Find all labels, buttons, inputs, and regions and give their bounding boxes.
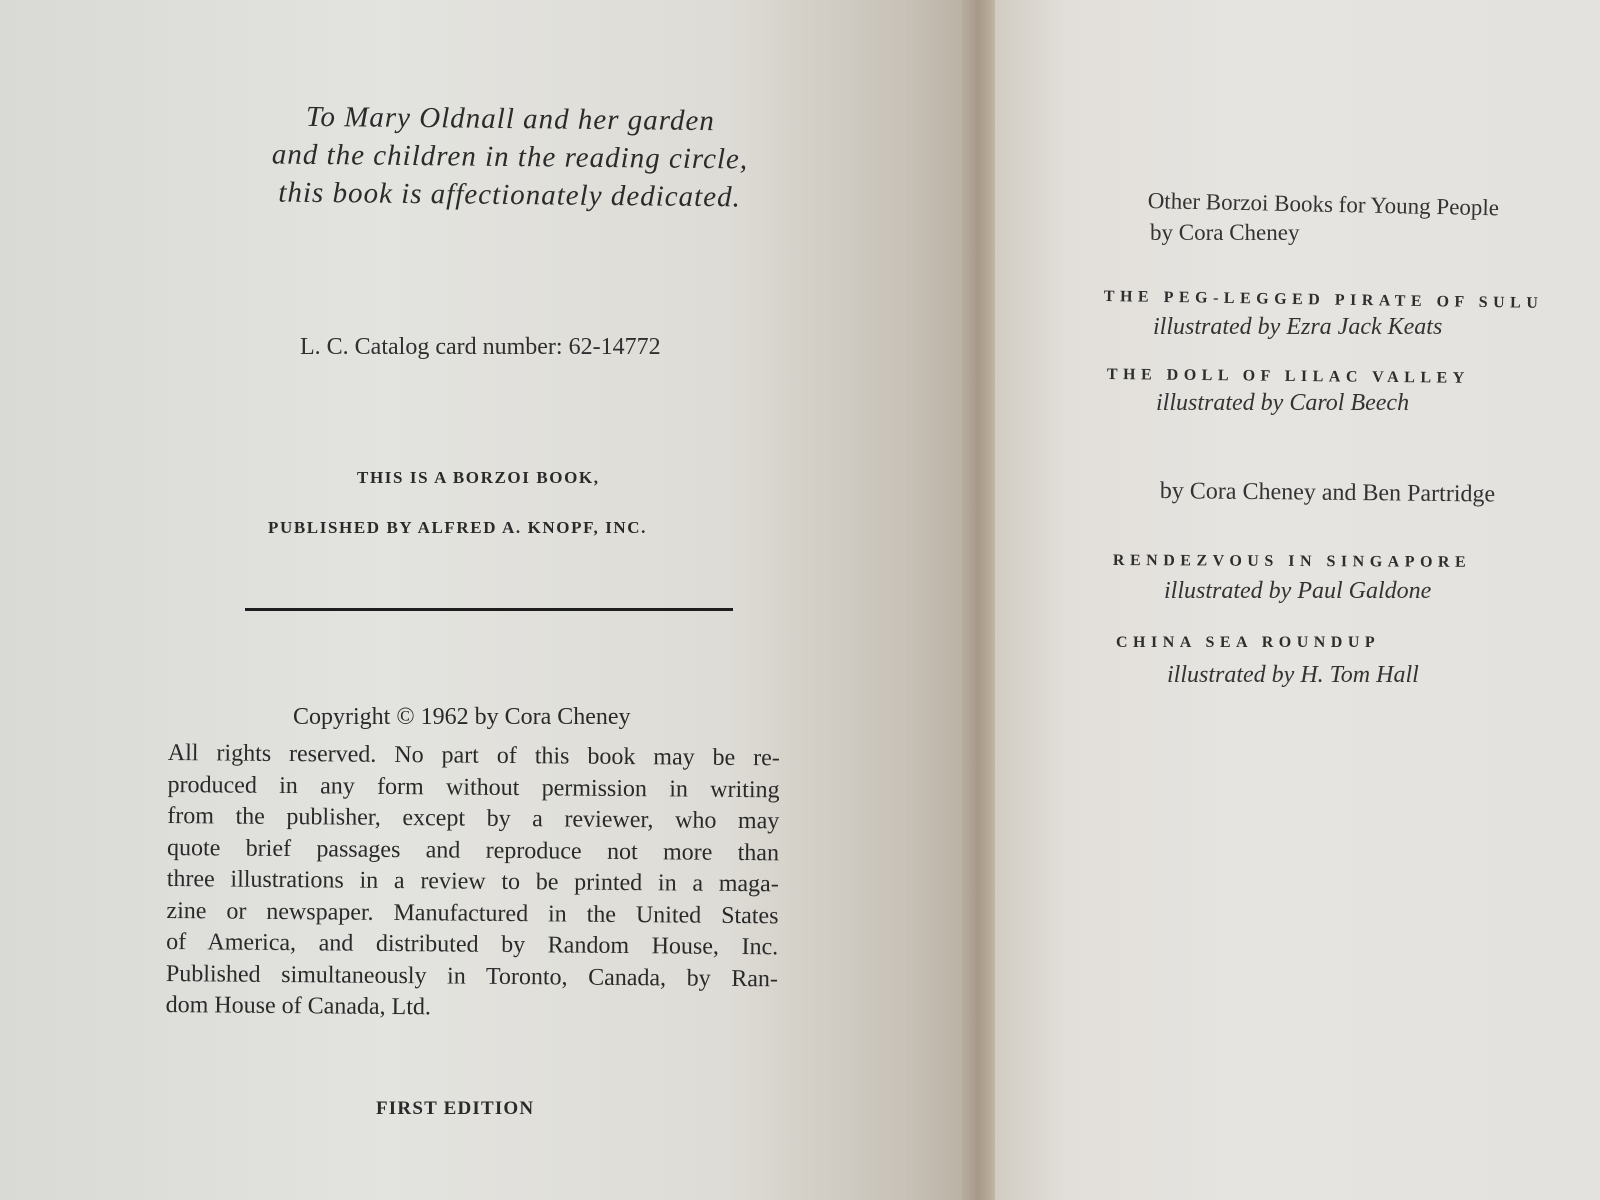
borzoi-line-1: THIS IS A BORZOI BOOK, bbox=[357, 468, 600, 488]
book-illustrator: illustrated by Ezra Jack Keats bbox=[1153, 314, 1442, 341]
coauthor-heading: by Cora Cheney and Ben Partridge bbox=[1160, 478, 1496, 509]
book-illustrator: illustrated by H. Tom Hall bbox=[1167, 662, 1419, 689]
borzoi-line-2: PUBLISHED BY ALFRED A. KNOPF, INC. bbox=[268, 518, 647, 538]
book-illustrator: illustrated by Paul Galdone bbox=[1164, 578, 1431, 605]
copyright-line: of America, and distributed by Random Ho… bbox=[166, 927, 778, 964]
copyright-notice: All rights reserved. No part of this boo… bbox=[166, 738, 780, 1027]
copyright-line: three illustrations in a review to be pr… bbox=[167, 864, 779, 901]
catalog-number: L. C. Catalog card number: 62-14772 bbox=[300, 334, 661, 361]
copyright-line: dom House of Canada, Ltd. bbox=[166, 990, 778, 1027]
dedication: To Mary Oldnall and her garden and the c… bbox=[239, 97, 780, 217]
copyright-line: from the publisher, except by a reviewer… bbox=[167, 801, 779, 838]
edition-label: FIRST EDITION bbox=[376, 1098, 534, 1120]
dedication-line: To Mary Oldnall and her garden bbox=[240, 97, 780, 141]
book-title: CHINA SEA ROUNDUP bbox=[1116, 634, 1380, 652]
copyright-line: produced in any form without permission … bbox=[167, 769, 779, 806]
dedication-line: this book is affectionately dedicated. bbox=[239, 173, 779, 217]
dedication-line: and the children in the reading circle, bbox=[240, 135, 780, 179]
horizontal-rule bbox=[245, 608, 733, 611]
book-title: RENDEZVOUS IN SINGAPORE bbox=[1113, 552, 1471, 572]
book-title: THE DOLL OF LILAC VALLEY bbox=[1107, 366, 1470, 388]
copyright-heading: Copyright © 1962 by Cora Cheney bbox=[293, 704, 631, 731]
book-illustrator: illustrated by Carol Beech bbox=[1156, 390, 1409, 417]
copyright-line: All rights reserved. No part of this boo… bbox=[168, 738, 780, 775]
other-books-author: by Cora Cheney bbox=[1150, 220, 1299, 246]
